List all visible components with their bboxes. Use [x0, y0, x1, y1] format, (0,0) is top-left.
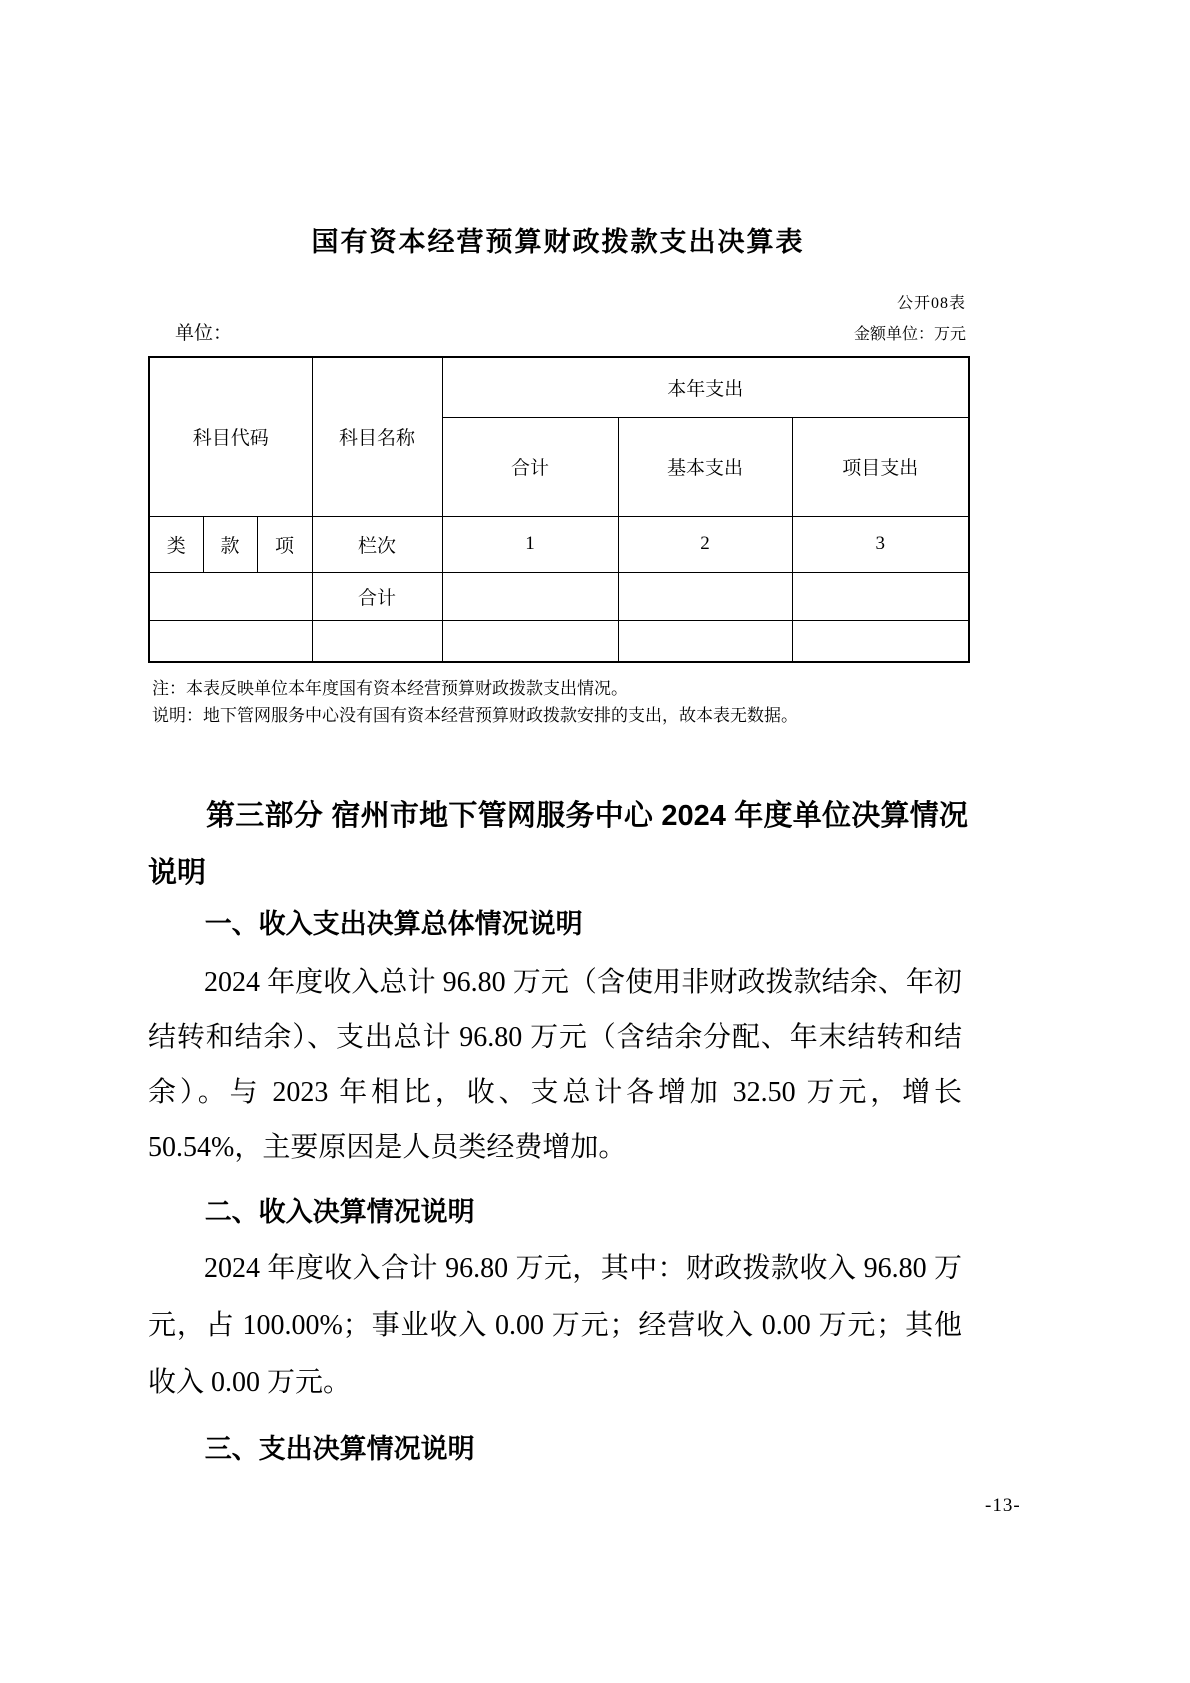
section1-heading: 一、收入支出决算总体情况说明	[148, 902, 968, 941]
total-row-total	[442, 572, 618, 620]
document-title: 国有资本经营预算财政拨款支出决算表	[148, 220, 968, 259]
blank-row-name	[312, 620, 442, 662]
blank-row-code	[149, 620, 312, 662]
table-blank-row	[149, 620, 969, 662]
section1-paragraph: 2024 年度收入总计 96.80 万元（含使用非财政拨款结余、年初结转和结余）…	[148, 955, 962, 1175]
cell-col-3: 3	[792, 516, 969, 572]
table-note: 注：本表反映单位本年度国有资本经营预算财政拨款支出情况。	[152, 674, 982, 699]
part3-heading: 第三部分 宿州市地下管网服务中心 2024 年度单位决算情况说明	[148, 788, 968, 902]
cell-kuan: 款	[203, 516, 257, 572]
blank-row-basic	[618, 620, 792, 662]
total-row-basic	[618, 572, 792, 620]
cell-col-1: 1	[442, 516, 618, 572]
section2-paragraph: 2024 年度收入合计 96.80 万元，其中：财政拨款收入 96.80 万元，…	[148, 1240, 962, 1411]
page-number: -13-	[985, 1495, 1021, 1517]
blank-row-project	[792, 620, 969, 662]
document-page: 国有资本经营预算财政拨款支出决算表 公开08表 单位： 金额单位：万元 科目代码…	[0, 0, 1190, 1683]
table-code-label: 公开08表	[897, 290, 966, 313]
expenditure-table: 科目代码 科目名称 本年支出 合计 基本支出 项目支出 类 款 项 栏次 1 2…	[148, 356, 970, 663]
cell-lanci: 栏次	[312, 516, 442, 572]
header-basic-expense: 基本支出	[618, 417, 792, 516]
section2-heading: 二、收入决算情况说明	[148, 1190, 968, 1229]
section3-heading: 三、支出决算情况说明	[148, 1427, 968, 1466]
table-header-row-1: 科目代码 科目名称 本年支出	[149, 357, 969, 417]
header-subject-code: 科目代码	[149, 357, 312, 516]
cell-xiang: 项	[257, 516, 312, 572]
header-project-expense: 项目支出	[792, 417, 969, 516]
table-remark: 说明：地下管网服务中心没有国有资本经营预算财政拨款安排的支出，故本表无数据。	[152, 701, 982, 726]
blank-row-total	[442, 620, 618, 662]
total-row-project	[792, 572, 969, 620]
unit-label: 单位：	[175, 318, 232, 345]
header-year-expense: 本年支出	[442, 357, 969, 417]
table-class-row: 类 款 项 栏次 1 2 3	[149, 516, 969, 572]
header-total: 合计	[442, 417, 618, 516]
total-row-label: 合计	[312, 572, 442, 620]
total-row-code	[149, 572, 312, 620]
cell-col-2: 2	[618, 516, 792, 572]
table-total-row: 合计	[149, 572, 969, 620]
header-subject-name: 科目名称	[312, 357, 442, 516]
cell-lei: 类	[149, 516, 203, 572]
amount-unit-label: 金额单位：万元	[854, 321, 966, 344]
